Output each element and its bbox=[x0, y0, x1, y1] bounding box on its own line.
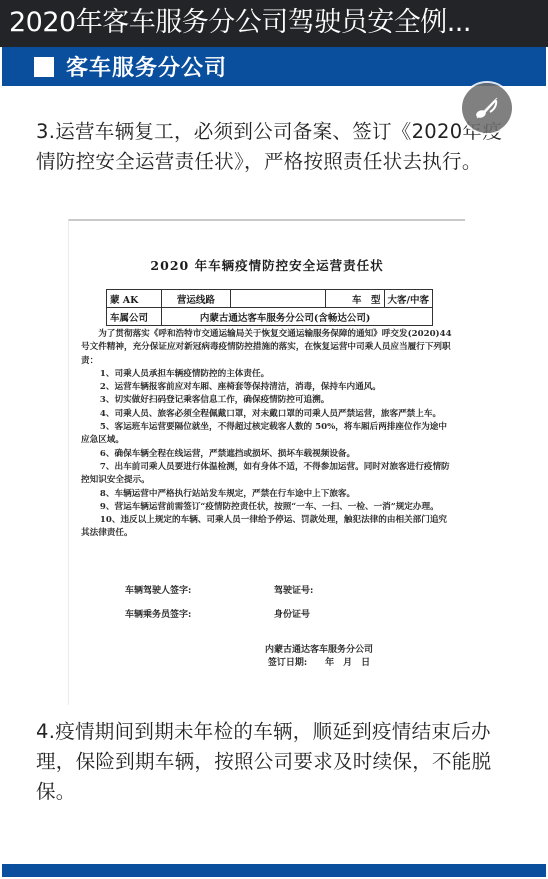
table-row: 蒙 AK 营运线路 车 型 大客/中客 bbox=[107, 290, 433, 308]
document-item: 10、违反以上规定的车辆、司乘人员一律给予停运、罚款处理，触犯法律的由相关部门追… bbox=[81, 514, 453, 541]
document-item: 9、营运车辆运营前需签订“疫情防控责任状，按照“一车、一扫、一检、一消”规定办理… bbox=[81, 501, 453, 514]
document-intro: 为了贯彻落实《呼和浩特市交通运输局关于恢复交通运输服务保障的通知》呼交发(202… bbox=[81, 328, 453, 368]
table-cell: 营运线路 bbox=[161, 290, 230, 308]
table-cell: 蒙 AK bbox=[107, 290, 162, 308]
document-item: 6、确保车辆全程在线运营，严禁遮挡或损坏、损坏车载视频设备。 bbox=[81, 448, 453, 461]
crew-signature-label: 车辆乘务员签字: bbox=[125, 607, 191, 620]
bottom-section-bar bbox=[2, 864, 546, 877]
document-info-table: 蒙 AK 营运线路 车 型 大客/中客 车属公司 内蒙古通达客车服务分公司(含畅… bbox=[106, 289, 433, 326]
footer-date: 签订日期: 年 月 日 bbox=[219, 657, 419, 670]
id-number-label: 身份证号 bbox=[274, 607, 310, 620]
article-title: 2020年客车服务分公司驾驶员安全例... bbox=[0, 0, 548, 47]
responsibility-document-image: 2020 年车辆疫情防控安全运营责任状 蒙 AK 营运线路 车 型 大客/中客 … bbox=[68, 219, 465, 705]
section-header: 客车服务分公司 bbox=[2, 47, 546, 86]
table-cell: 大客/中客 bbox=[384, 290, 432, 308]
document-body: 为了贯彻落实《呼和浩特市交通运输局关于恢复交通运输服务保障的通知》呼交发(202… bbox=[81, 328, 453, 541]
document-item: 1、司乘人员承担车辆疫情防控的主体责任。 bbox=[81, 368, 453, 381]
table-row: 车属公司 内蒙古通达客车服务分公司(含畅达公司) bbox=[107, 308, 433, 326]
table-cell: 内蒙古通达客车服务分公司(含畅达公司) bbox=[161, 308, 432, 326]
driver-signature-label: 车辆驾驶人签字: bbox=[125, 583, 191, 596]
document-item: 3、切实做好扫码登记乘客信息工作，确保疫情防控可追溯。 bbox=[81, 394, 453, 407]
document-title: 2020 年车辆疫情防控安全运营责任状 bbox=[69, 256, 465, 274]
document-item: 7、出车前司乘人员要进行体温检测，如有身体不适，不得参加运营。同时对旅客进行疫情… bbox=[81, 461, 453, 488]
square-bullet-icon bbox=[34, 57, 54, 77]
table-cell: 车属公司 bbox=[107, 308, 162, 326]
music-note-icon bbox=[472, 93, 502, 123]
table-cell: 车 型 bbox=[325, 290, 384, 308]
document-item: 2、运营车辆报客前应对车厢、座椅套等保持清洁，消毒，保持车内通风。 bbox=[81, 381, 453, 394]
footer-company: 内蒙古通达客车服务分公司 bbox=[219, 644, 419, 657]
document-item: 4、司乘人员、旅客必须全程佩戴口罩，对未戴口罩的司乘人员严禁运营，旅客严禁上车。 bbox=[81, 408, 453, 421]
table-cell bbox=[230, 290, 325, 308]
document-item: 8、车辆运营中严格执行站站发车规定，严禁在行车途中上下旅客。 bbox=[81, 488, 453, 501]
paragraph-3: 3.运营车辆复工，必须到公司备案、签订《2020年疫情防控安全运营责任状》，严格… bbox=[36, 117, 512, 177]
music-toggle-button[interactable] bbox=[462, 83, 512, 133]
document-item: 5、客运班车运营要隔位就坐，不得超过核定载客人数的 50%，将车厢后两排座位作为… bbox=[81, 421, 453, 448]
paragraph-4: 4.疫情期间到期未年检的车辆，顺延到疫情结束后办理，保险到期车辆，按照公司要求及… bbox=[36, 717, 512, 807]
license-number-label: 驾驶证号: bbox=[274, 583, 313, 596]
section-label: 客车服务分公司 bbox=[66, 51, 227, 82]
document-footer: 内蒙古通达客车服务分公司 签订日期: 年 月 日 bbox=[219, 644, 419, 670]
